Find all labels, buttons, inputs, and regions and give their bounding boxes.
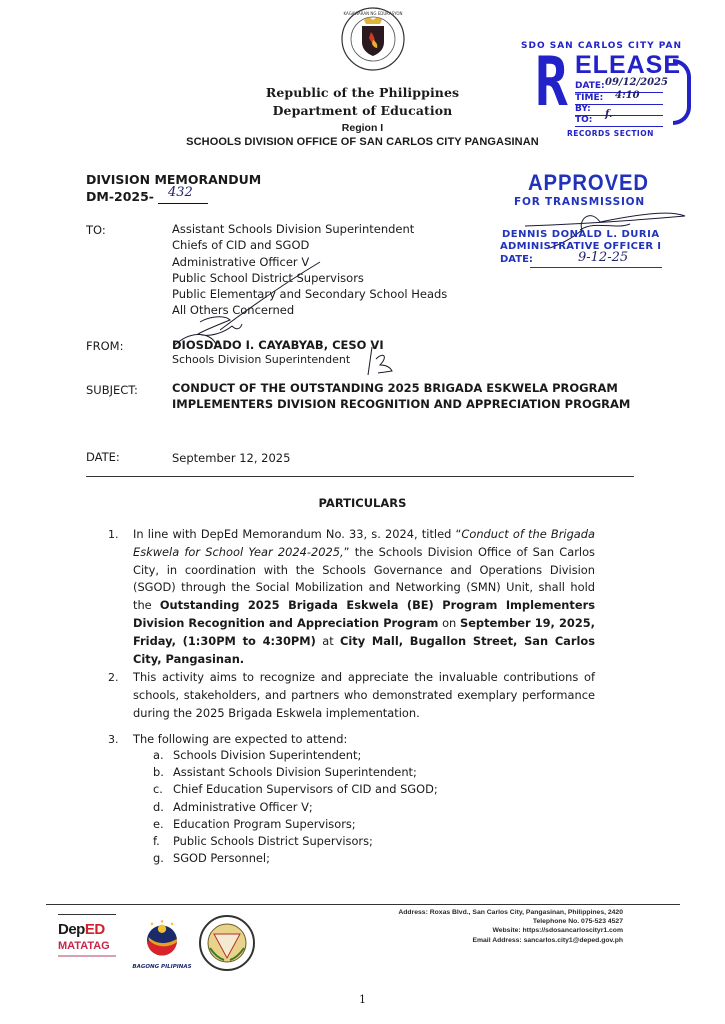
attendee-item: f.Public Schools District Supervisors; [153, 833, 438, 850]
address-text: Address: Roxas Blvd., San Carlos City, P… [398, 908, 623, 917]
sdo-san-carlos-seal [198, 914, 256, 972]
memo-number-value: 432 [168, 185, 193, 200]
email-link[interactable]: Email Address: sancarlos.city1@deped.gov… [398, 936, 623, 945]
approved-date-label: DATE: [500, 254, 533, 265]
header-divider [86, 476, 634, 477]
telephone-text: Telephone No. 075-523 4527 [398, 917, 623, 926]
attendee-item: a.Schools Division Superintendent; [153, 747, 438, 764]
approved-stamp-title: APPROVED [528, 170, 649, 196]
recipient-item: Chiefs of CID and SGOD [172, 237, 447, 253]
paragraph-number: 3. [108, 733, 119, 746]
released-stamp-letter-d [673, 59, 691, 125]
attendee-item: d.Administrative Officer V; [153, 799, 438, 816]
bagong-pilipinas-logo: BAGONG PILIPINAS [128, 918, 196, 970]
released-to-field: TO:f. [575, 115, 663, 127]
attendee-list: a.Schools Division Superintendent; b.Ass… [153, 747, 438, 867]
paragraph-2: This activity aims to recognize and appr… [133, 669, 595, 722]
recipient-item: Assistant Schools Division Superintenden… [172, 221, 447, 237]
approved-stamp: APPROVED FOR TRANSMISSION DENNIS DONALD … [500, 170, 690, 270]
released-stamp-letter-r: R [535, 49, 568, 117]
released-stamp-footer: RECORDS SECTION [567, 129, 654, 138]
attendee-item: b.Assistant Schools Division Superintend… [153, 764, 438, 781]
attendee-item: c.Chief Education Supervisors of CID and… [153, 781, 438, 798]
deped-seal-logo: KAGAWARAN NG EDUKASYON [340, 6, 406, 72]
sender-name: DIOSDADO I. CAYABYAB, CESO VI [172, 337, 384, 353]
approved-date-line [530, 267, 662, 268]
approver-name: DENNIS DONALD L. DURIA [502, 229, 660, 240]
page-number: 1 [0, 993, 725, 1006]
website-link[interactable]: Website: https://sdosancarloscityr1.com [398, 926, 623, 935]
contact-info: Address: Roxas Blvd., San Carlos City, P… [398, 908, 623, 945]
approved-date-value: 9-12-25 [578, 250, 628, 265]
memo-number-label: DM-2025- [86, 189, 154, 204]
from-label: FROM: [86, 339, 123, 353]
memo-number-line [158, 203, 208, 204]
paragraph-1: In line with DepEd Memorandum No. 33, s.… [133, 526, 595, 668]
initials-icon [366, 345, 396, 377]
subject-label: SUBJECT: [86, 383, 138, 397]
to-label: TO: [86, 223, 106, 237]
paragraph-number: 2. [108, 671, 119, 684]
released-stamp-word: ELEASE [575, 51, 681, 80]
paragraph-number: 1. [108, 528, 119, 541]
date-value: September 12, 2025 [172, 450, 290, 466]
released-stamp: SDO SAN CARLOS CITY PAN R ELEASE DATE:09… [505, 35, 720, 135]
attendee-item: g.SGOD Personnel; [153, 850, 438, 867]
svg-text:KAGAWARAN NG EDUKASYON: KAGAWARAN NG EDUKASYON [343, 11, 402, 16]
particulars-heading: PARTICULARS [0, 496, 725, 510]
footer-divider [46, 904, 680, 905]
attendee-item: e.Education Program Supervisors; [153, 816, 438, 833]
date-label: DATE: [86, 450, 120, 464]
sender-position: Schools Division Superintendent [172, 352, 350, 368]
subject-text: CONDUCT OF THE OUTSTANDING 2025 BRIGADA … [172, 381, 672, 412]
deped-matatag-logo: DepED MATATAG [58, 914, 116, 957]
